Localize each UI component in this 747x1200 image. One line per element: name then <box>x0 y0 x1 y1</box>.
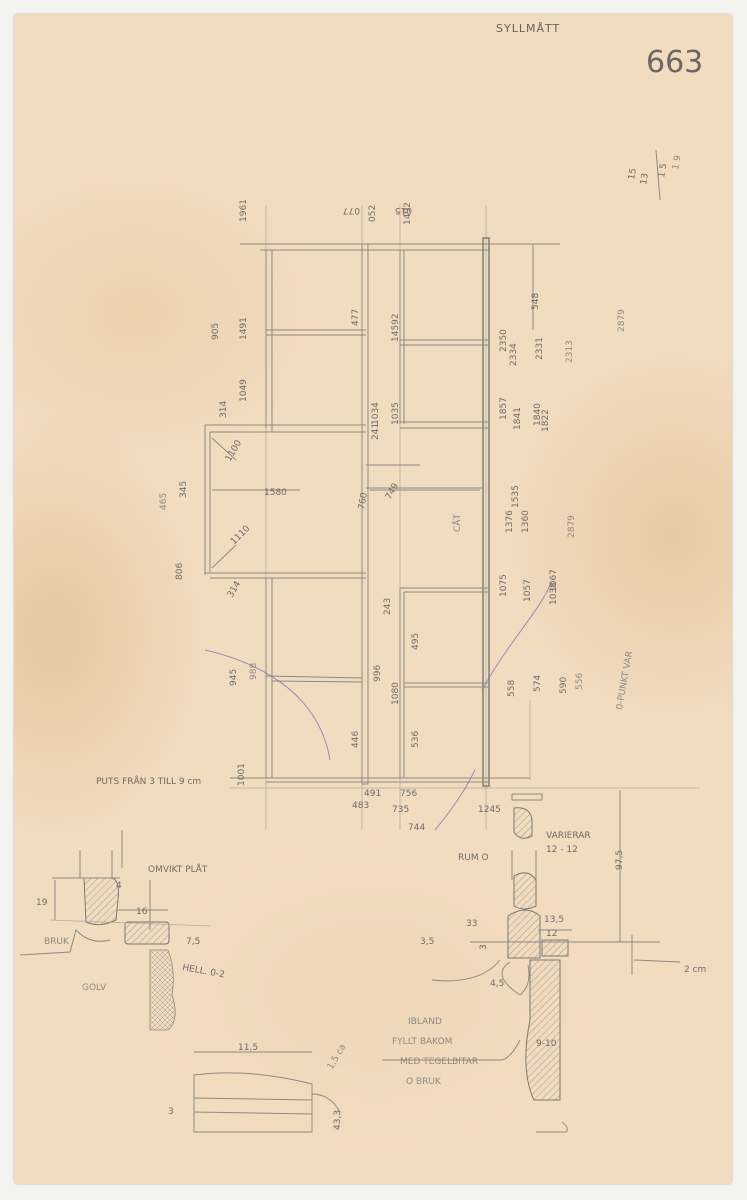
svg-text:2 cm: 2 cm <box>684 965 706 975</box>
svg-text:OMVIKT PLÅT: OMVIKT PLÅT <box>148 863 208 875</box>
svg-text:491: 491 <box>364 789 381 799</box>
svg-text:7,5: 7,5 <box>186 937 200 947</box>
svg-text:4: 4 <box>116 881 122 891</box>
zero-point-note: 0-PUNKT VAR <box>615 650 635 710</box>
svg-text:14592: 14592 <box>391 313 401 342</box>
svg-text:1245: 1245 <box>478 805 501 815</box>
svg-text:3: 3 <box>479 944 489 950</box>
svg-text:1049: 1049 <box>239 379 249 402</box>
svg-text:IBLAND: IBLAND <box>408 1017 442 1027</box>
svg-text:1080: 1080 <box>391 682 401 705</box>
corner-notes: 15 13 1 5 1 9 <box>627 150 683 200</box>
svg-text:12 - 12: 12 - 12 <box>546 845 578 855</box>
drawing-canvas: SYLLMÅTT 663 15 13 1 5 1 9 <box>0 0 747 1200</box>
svg-text:1360: 1360 <box>521 510 531 533</box>
svg-text:243: 243 <box>383 598 393 615</box>
svg-text:12: 12 <box>546 929 557 939</box>
svg-text:11,5: 11,5 <box>238 1043 258 1053</box>
svg-text:052: 052 <box>368 205 378 222</box>
svg-text:1492: 1492 <box>403 202 413 225</box>
svg-text:1001: 1001 <box>237 763 247 786</box>
svg-text:1822: 1822 <box>541 409 551 432</box>
plan-right-labels: 548 2350 2334 2331 2313 2879 1857 1841 1… <box>499 293 635 711</box>
svg-text:495: 495 <box>411 633 421 650</box>
svg-text:GOLV: GOLV <box>82 983 107 993</box>
plan-top-labels: 1961 077 052 015 1492 <box>239 199 413 225</box>
svg-text:1376: 1376 <box>505 510 515 533</box>
svg-text:2879: 2879 <box>617 309 627 332</box>
plan-left-labels: 905 1491 1049 314 1100 345 465 1580 1110… <box>159 317 287 786</box>
svg-text:2334: 2334 <box>509 343 519 366</box>
svg-text:574: 574 <box>533 675 543 692</box>
svg-text:241: 241 <box>371 423 381 440</box>
left-wall-detail: PUTS FRÅN 3 TILL 9 cm OMVIKT PLÅT 19 4 1… <box>20 775 225 1030</box>
svg-text:3: 3 <box>168 1107 174 1117</box>
svg-text:345: 345 <box>179 481 189 498</box>
svg-text:2331: 2331 <box>535 337 545 360</box>
svg-text:43,3: 43,3 <box>333 1110 343 1130</box>
svg-text:483: 483 <box>352 801 369 811</box>
svg-text:MED TEGELBITAR: MED TEGELBITAR <box>400 1057 478 1067</box>
svg-text:1034: 1034 <box>371 402 381 425</box>
svg-text:1057: 1057 <box>523 579 533 602</box>
svg-text:CÅT: CÅT <box>451 514 463 532</box>
svg-text:756: 756 <box>400 789 417 799</box>
svg-text:996: 996 <box>373 665 383 682</box>
svg-text:1 5: 1 5 <box>657 163 669 179</box>
svg-text:9-10: 9-10 <box>536 1039 557 1049</box>
svg-text:806: 806 <box>175 563 185 580</box>
svg-text:314: 314 <box>219 401 229 418</box>
svg-text:1100: 1100 <box>224 438 244 463</box>
svg-text:1857: 1857 <box>499 397 509 420</box>
svg-text:465: 465 <box>159 493 169 510</box>
svg-text:1580: 1580 <box>264 488 287 498</box>
svg-text:1961: 1961 <box>239 199 249 222</box>
svg-text:VARIERAR: VARIERAR <box>546 831 591 841</box>
svg-text:2879: 2879 <box>567 515 577 538</box>
svg-text:477: 477 <box>351 309 361 326</box>
svg-text:RUM O: RUM O <box>458 853 489 863</box>
right-wall-detail: RUM O VARIERAR 12 - 12 97,5 33 3,5 3 13,… <box>382 790 706 1132</box>
svg-text:905: 905 <box>211 323 221 340</box>
svg-text:13,5: 13,5 <box>544 915 564 925</box>
svg-text:744: 744 <box>408 823 425 833</box>
plan-bottom-labels: 491 483 756 735 744 1245 <box>352 789 501 833</box>
sheet-title: SYLLMÅTT <box>496 22 560 35</box>
sheet-number: 663 <box>646 45 703 80</box>
svg-text:15: 15 <box>627 168 639 181</box>
bottom-profile-detail: 11,5 1,5 ca 3 43,3 <box>168 1043 348 1132</box>
svg-text:13: 13 <box>639 173 651 186</box>
svg-text:2350: 2350 <box>499 329 509 352</box>
svg-text:FYLLT BAKOM: FYLLT BAKOM <box>392 1037 452 1047</box>
svg-text:33: 33 <box>466 919 477 929</box>
svg-text:1,5 ca: 1,5 ca <box>326 1043 348 1072</box>
svg-text:558: 558 <box>507 680 517 697</box>
svg-text:97,5: 97,5 <box>615 850 625 870</box>
svg-text:1035: 1035 <box>391 402 401 425</box>
svg-text:HELL. 0-2: HELL. 0-2 <box>181 963 225 980</box>
svg-text:446: 446 <box>351 731 361 748</box>
svg-text:3,5: 3,5 <box>420 937 434 947</box>
svg-text:077: 077 <box>343 205 360 215</box>
svg-text:2313: 2313 <box>565 340 575 363</box>
svg-text:735: 735 <box>392 805 409 815</box>
svg-text:4,5: 4,5 <box>490 979 504 989</box>
svg-text:1535: 1535 <box>511 485 521 508</box>
svg-text:590: 590 <box>559 677 569 694</box>
svg-text:1038: 1038 <box>549 582 559 605</box>
svg-text:1491: 1491 <box>239 317 249 340</box>
svg-text:536: 536 <box>411 731 421 748</box>
svg-text:1075: 1075 <box>499 574 509 597</box>
svg-text:556: 556 <box>575 673 585 690</box>
svg-text:PUTS FRÅN 3 TILL 9 cm: PUTS FRÅN 3 TILL 9 cm <box>96 775 201 787</box>
svg-text:16: 16 <box>136 907 148 917</box>
svg-text:1841: 1841 <box>513 407 523 430</box>
svg-text:19: 19 <box>36 898 48 908</box>
svg-text:988: 988 <box>249 663 259 680</box>
svg-text:O BRUK: O BRUK <box>406 1077 442 1087</box>
svg-text:BRUK: BRUK <box>44 937 70 947</box>
svg-text:1 9: 1 9 <box>671 154 683 170</box>
svg-text:548: 548 <box>531 293 541 310</box>
svg-text:1110: 1110 <box>229 524 252 547</box>
svg-text:945: 945 <box>229 669 239 686</box>
svg-text:314: 314 <box>226 579 243 599</box>
svg-text:749: 749 <box>384 481 401 501</box>
